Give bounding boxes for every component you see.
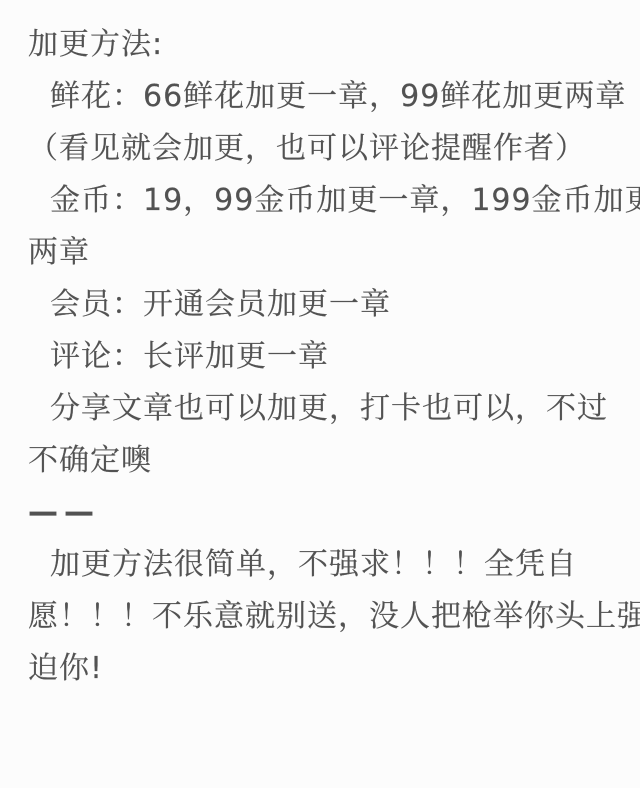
rule-flowers-note-line: （看见就会加更，也可以评论提醒作者）	[28, 123, 622, 175]
note-title-line: 加更方法:	[28, 19, 622, 71]
closing-line-3: 迫你!	[28, 643, 622, 695]
closing-line-2: 愿！！！不乐意就别送，没人把枪举你头上强	[28, 591, 622, 643]
rule-coins-continued-line: 两章	[28, 227, 622, 279]
rule-flowers-line: 鲜花：66鲜花加更一章，99鲜花加更两章	[28, 71, 622, 123]
dash-divider: ——	[28, 487, 622, 539]
note-page: 加更方法: 鲜花：66鲜花加更一章，99鲜花加更两章 （看见就会加更，也可以评论…	[0, 0, 640, 788]
closing-line-1: 加更方法很简单，不强求！！！全凭自	[28, 539, 622, 591]
rule-share-line: 分享文章也可以加更，打卡也可以，不过	[28, 383, 622, 435]
rule-comment-line: 评论：长评加更一章	[28, 331, 622, 383]
rule-coins-line: 金币：19，99金币加更一章，199金币加更	[28, 175, 622, 227]
rule-share-continued-line: 不确定噢	[28, 435, 622, 487]
rule-member-line: 会员：开通会员加更一章	[28, 279, 622, 331]
